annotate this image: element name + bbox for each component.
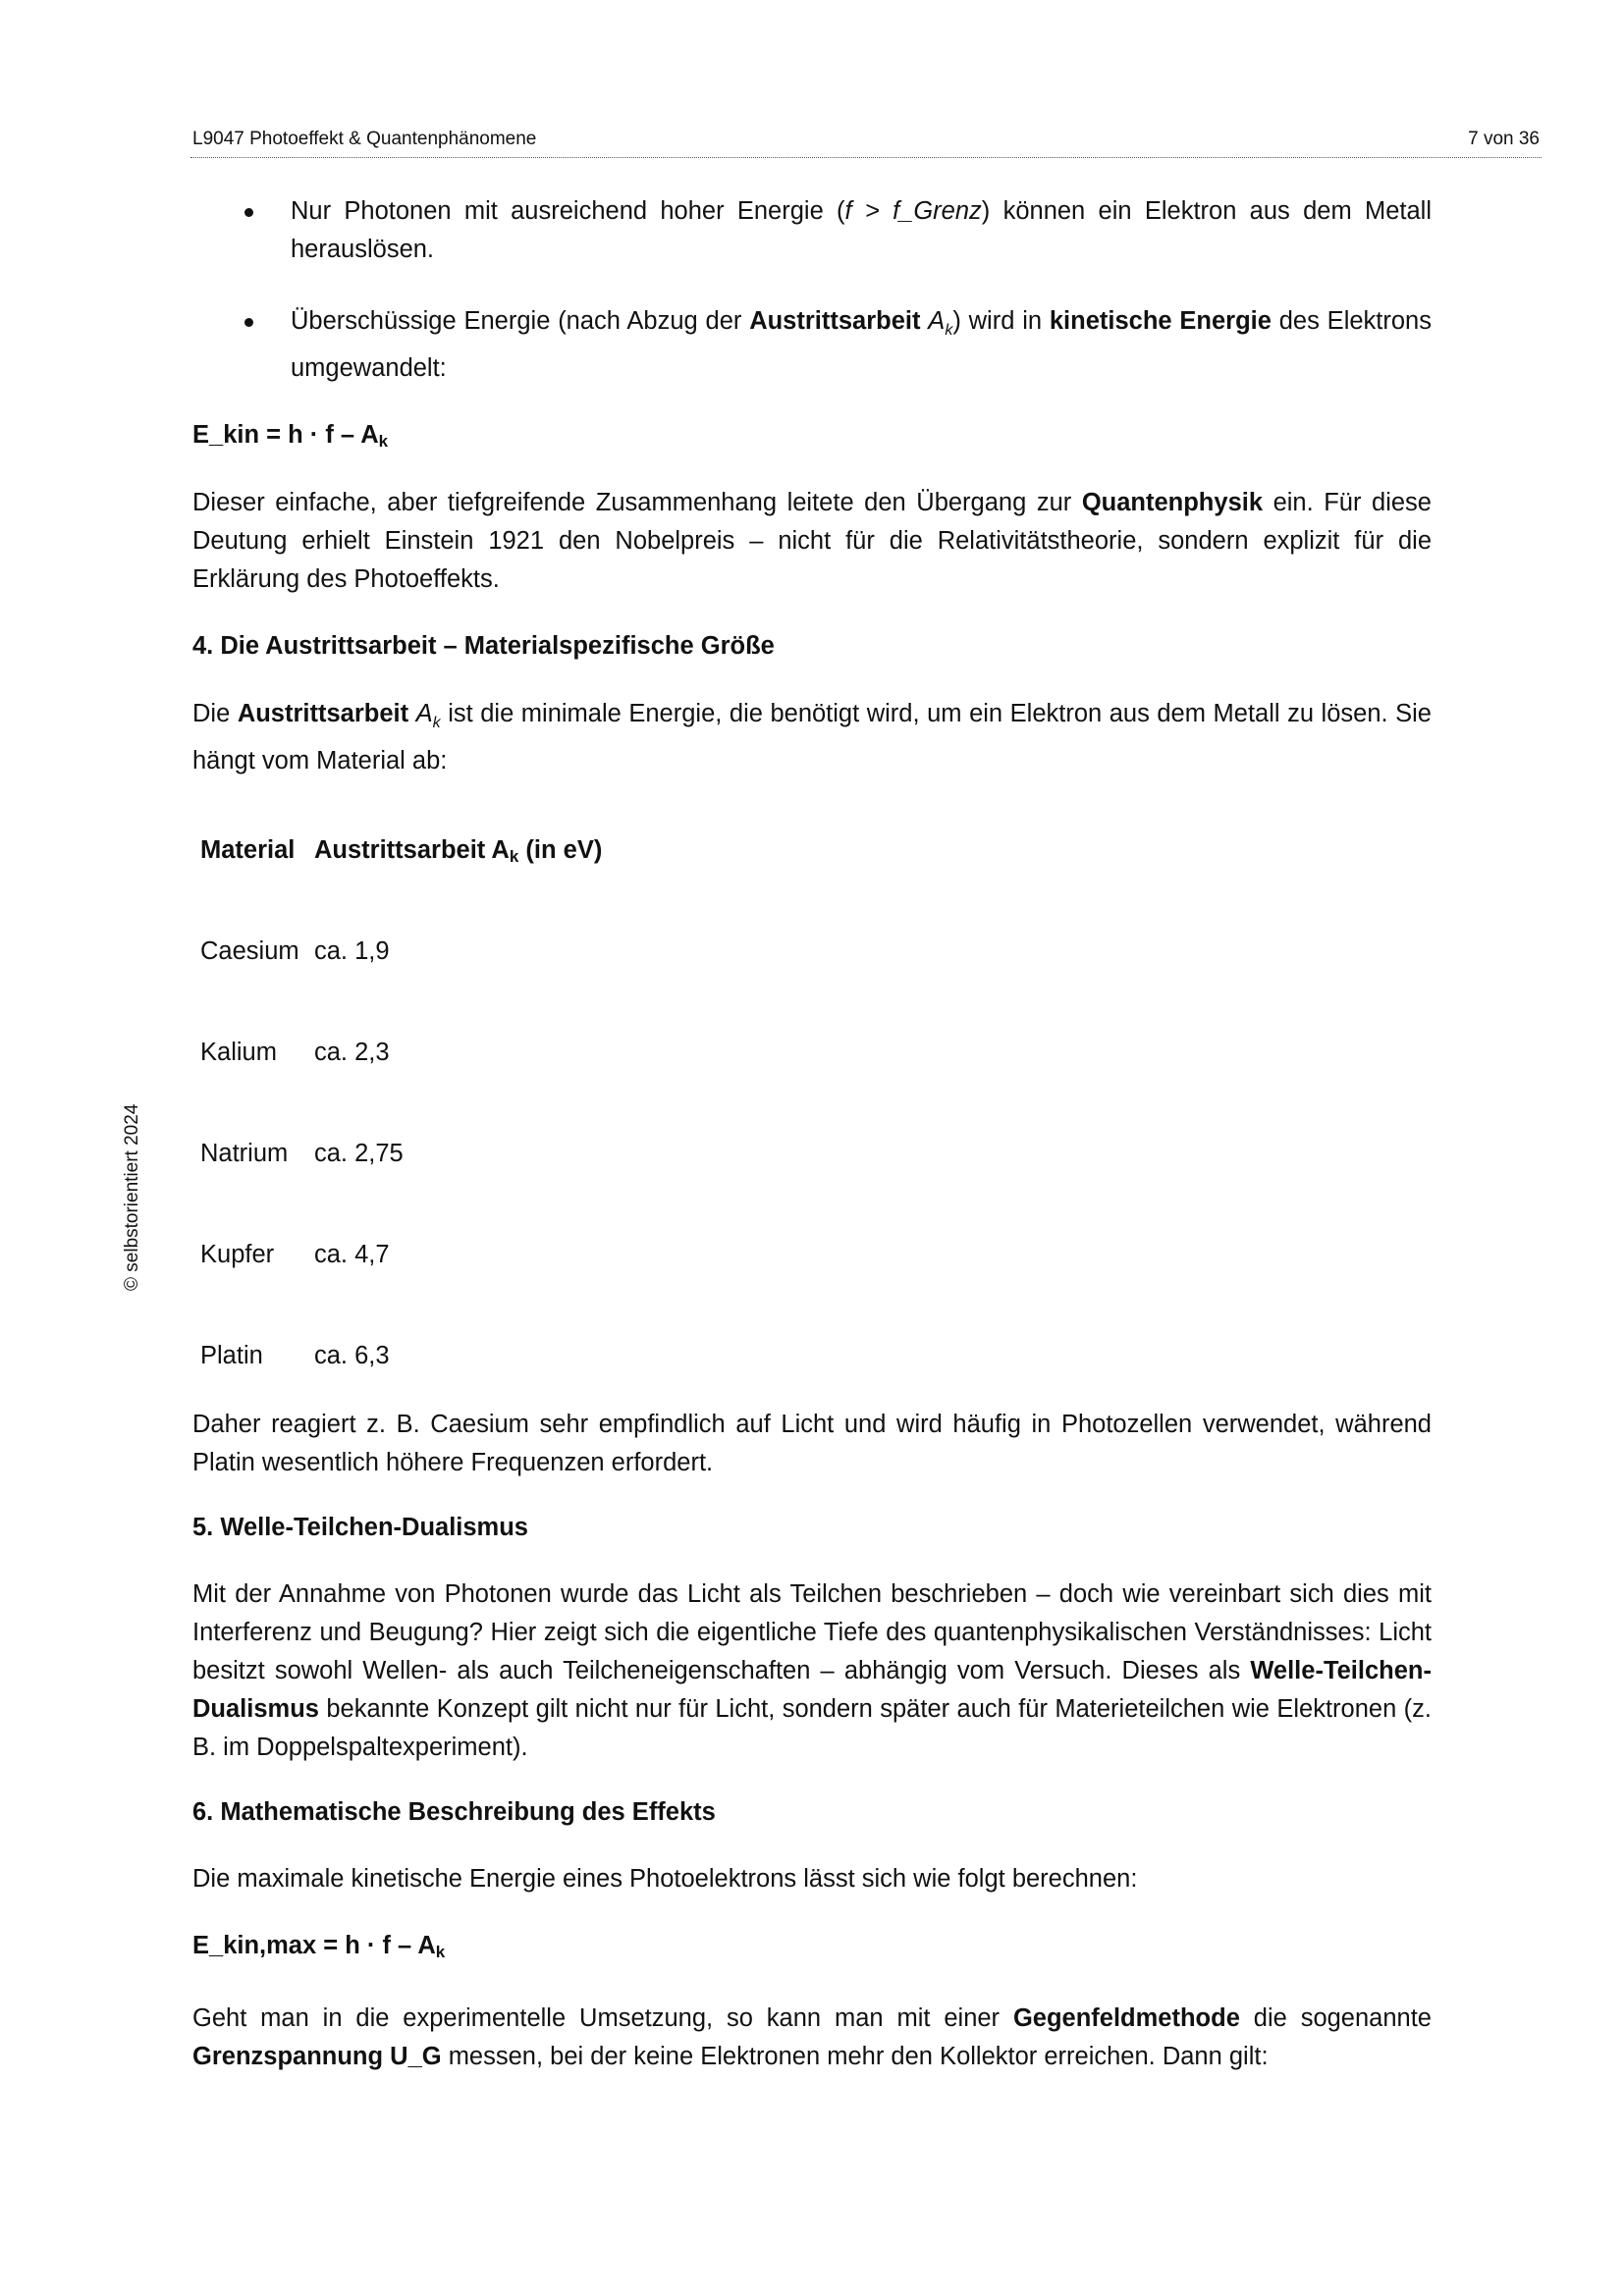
paragraph-austrittsarbeit: Die Austrittsarbeit Ak ist die minimale … [192,695,1432,780]
document-title: L9047 Photoeffekt & Quantenphänomene [192,129,536,150]
table-row: Natriumca. 2,75 [200,1135,404,1173]
table-row: Platinca. 6,3 [200,1337,390,1375]
table-header-material: Material [200,831,314,876]
page-number: 7 von 36 [1468,129,1540,150]
page-content: Nur Photonen mit ausreichend hoher Energ… [192,192,1432,2076]
table-row: Caesiumca. 1,9 [200,933,390,971]
bullet-list: Nur Photonen mit ausreichend hoher Energ… [192,192,1432,388]
paragraph-max-energy-intro: Die maximale kinetische Energie eines Ph… [192,1860,1432,1898]
paragraph-caesium-platin: Daher reagiert z. B. Caesium sehr empfin… [192,1406,1432,1482]
header-divider [190,157,1542,158]
paragraph-gegenfeldmethode: Geht man in die experimentelle Umsetzung… [192,2000,1432,2076]
formula-ekin: E_kin = h · f – Ak [192,416,1432,460]
work-function-table: Material Austrittsarbeit Ak (in eV) Caes… [192,780,1432,1369]
formula-ekin-max: E_kin,max = h · f – Ak [192,1927,1432,1971]
copyright-note: © selbstorientiert 2024 [122,1104,143,1291]
paragraph-dualismus: Mit der Annahme von Photonen wurde das L… [192,1575,1432,1767]
table-row: Kaliumca. 2,3 [200,1034,390,1072]
paragraph-quantenphysik: Dieser einfache, aber tiefgreifende Zusa… [192,484,1432,599]
table-header-value: Austrittsarbeit Ak (in eV) [314,831,602,876]
page-header: L9047 Photoeffekt & Quantenphänomene 7 v… [192,129,1540,150]
table-row: Kupferca. 4,7 [200,1236,390,1274]
list-item: Überschüssige Energie (nach Abzug der Au… [192,302,1432,388]
table-header-row: Material Austrittsarbeit Ak (in eV) [200,831,602,876]
bullet-icon [244,318,253,327]
list-item: Nur Photonen mit ausreichend hoher Energ… [192,192,1432,269]
section-heading-5: 5. Welle-Teilchen-Dualismus [192,1509,1432,1547]
bullet-icon [244,208,253,217]
section-heading-6: 6. Mathematische Beschreibung des Effekt… [192,1793,1432,1832]
section-heading-4: 4. Die Austrittsarbeit – Materialspezifi… [192,627,1432,666]
